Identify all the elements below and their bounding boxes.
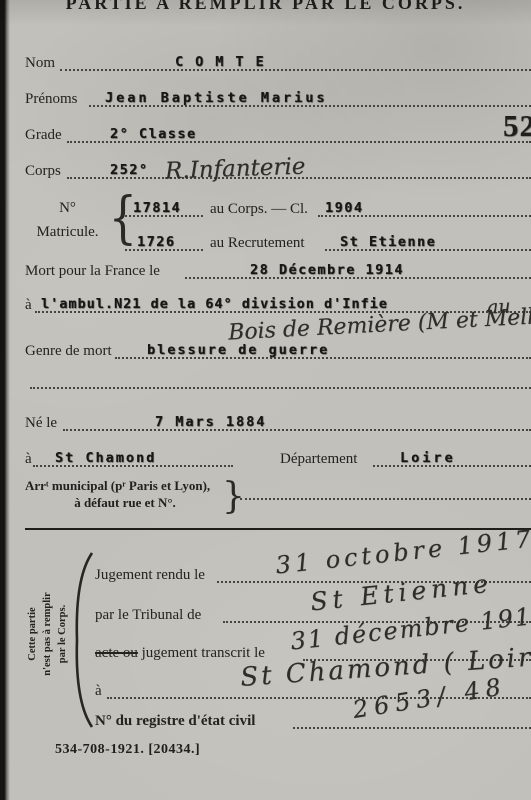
matricule-lieu-recrutement: St Etienne [340, 234, 436, 250]
form-section-title: PARTIE A REMPLIR PAR LE CORPS. [0, 0, 531, 14]
matricule-text-corps: au Corps. — Cl. [210, 201, 308, 218]
lieu-deces-label: à [25, 297, 32, 314]
departement-label: Département [280, 451, 357, 468]
jugement-label: Jugement rendu le [95, 567, 205, 584]
lieu-naissance-value: St Chamond [55, 450, 156, 466]
transcription-label: acte ou jugement transcrit le [95, 645, 265, 662]
tribunal-label: par le Tribunal de [95, 607, 201, 624]
side-note-line3: par le Corps. [55, 549, 70, 719]
prenoms-label: Prénoms [25, 91, 78, 108]
corps-value-typed: 252° [110, 162, 149, 178]
dotted-line [30, 387, 531, 389]
prenoms-value: Jean Baptiste Marius [105, 90, 328, 106]
dotted-line [60, 69, 531, 71]
form-imprint-reference: 534-708-1921. [20434.] [55, 742, 200, 758]
grade-value: 2° Classe [110, 126, 197, 142]
corps-label: Corps [25, 163, 61, 180]
lieu-naissance-label: à [25, 451, 32, 468]
field-naissance: Né le 7 Mars 1884 [25, 410, 531, 432]
genre-mort-value: blessure de guerre [147, 342, 329, 358]
matricule-text-recrutement: au Recrutement [210, 235, 305, 252]
matricule-row-corps: 17814 au Corps. — Cl. 1904 [25, 196, 531, 218]
field-mort: Mort pour la France le 28 Décembre 1914 [25, 258, 531, 280]
mort-label: Mort pour la France le [25, 263, 160, 280]
grade-label: Grade [25, 127, 62, 144]
dotted-line [63, 429, 531, 431]
corps-value-handwritten: R.Infanterie [165, 154, 306, 185]
matricule-num-corps: 17814 [133, 200, 181, 216]
section-divider-line [25, 528, 531, 530]
transcription-label-struck: acte ou [95, 645, 138, 661]
side-note-line2: n'est pas à remplir [40, 549, 55, 719]
field-lieu-naissance: à St Chamond Département Loire [25, 446, 531, 468]
registre-label: N° du registre d'état civil [95, 713, 255, 730]
nom-label: Nom [25, 55, 55, 72]
dotted-line [240, 498, 531, 500]
matricule-num-recrutement: 1726 [137, 234, 176, 250]
dotted-line [293, 727, 531, 729]
field-nom: Nom COMTE [25, 50, 531, 72]
field-grade: Grade 2° Classe [25, 122, 531, 144]
transcription-label-rest: jugement transcrit le [142, 645, 265, 661]
departement-value: Loire [400, 450, 456, 466]
field-corps: Corps 252° R.Infanterie [25, 158, 531, 180]
naissance-value: 7 Mars 1884 [155, 414, 266, 430]
field-prenoms: Prénoms Jean Baptiste Marius [25, 86, 531, 108]
empty-ruled-line [25, 376, 531, 390]
arrondissement-label-line2: à défaut rue et N°. [25, 495, 225, 512]
arrondissement-label-line1: Arrᵗ municipal (pʳ Paris et Lyon), [25, 478, 225, 495]
nom-value: COMTE [175, 54, 276, 70]
side-note-line1: Cette partie [25, 549, 40, 719]
field-registre: N° du registre d'état civil [95, 708, 531, 730]
civil-section-brace [72, 550, 96, 730]
genre-mort-label: Genre de mort [25, 343, 112, 360]
matricule-row-recrutement: 1726 au Recrutement St Etienne [25, 230, 531, 252]
naissance-label: Né le [25, 415, 57, 432]
scan-left-edge-shadow [0, 0, 10, 800]
mort-value: 28 Décembre 1914 [250, 262, 404, 278]
arrondissement-brace: } [222, 476, 245, 517]
field-genre-mort: Genre de mort blessure de guerre [25, 338, 531, 360]
military-death-record-card: { "colors": {"paper": "#c2c0ba", "ink": … [0, 0, 531, 800]
transcription-lieu-label: à [95, 683, 102, 700]
lieu-deces-value-typed: l'ambul.N21 de la 64° division d'Infie [41, 296, 388, 312]
matricule-classe: 1904 [325, 200, 364, 216]
field-arrondissement: Arrᵗ municipal (pʳ Paris et Lyon), à déf… [25, 478, 225, 512]
